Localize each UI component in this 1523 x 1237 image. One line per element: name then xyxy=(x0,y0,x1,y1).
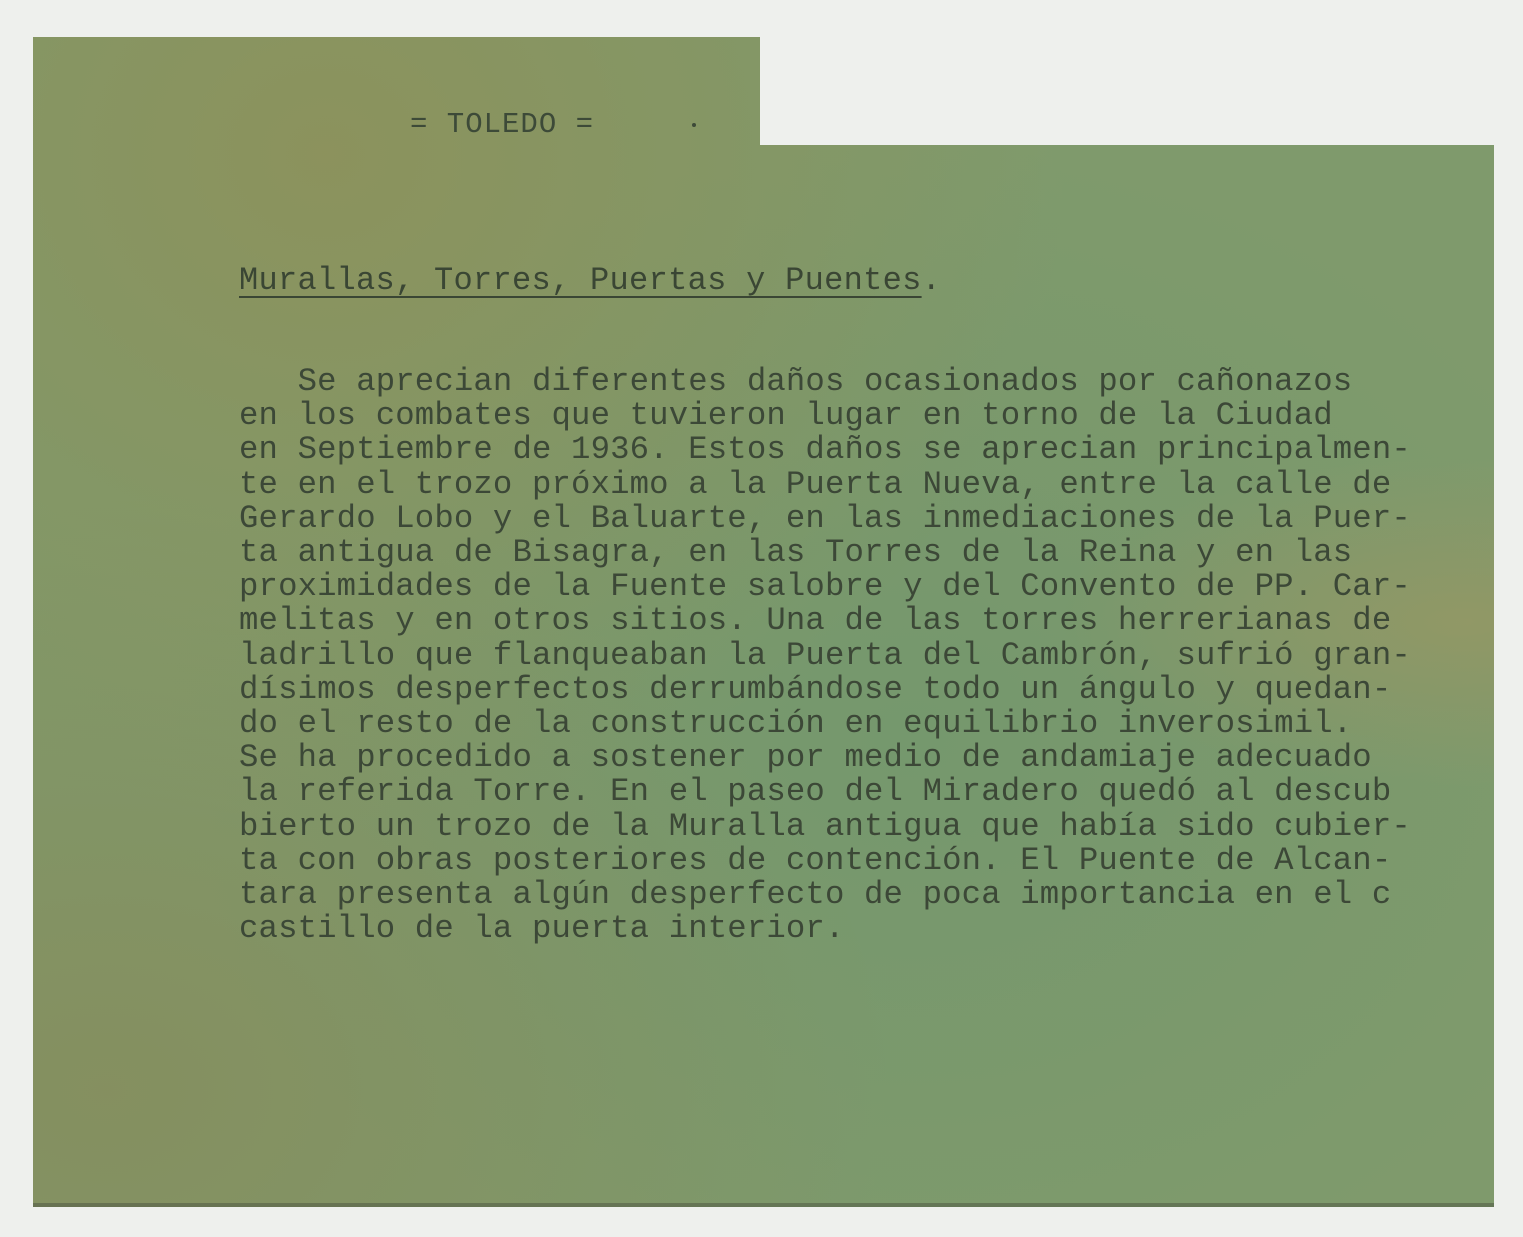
text-line: dísimos desperfectos derrumbándose todo … xyxy=(239,673,1489,707)
text-line: melitas y en otros sitios. Una de las to… xyxy=(239,604,1489,638)
stray-mark xyxy=(692,123,696,127)
text-line: Se ha procedido a sostener por medio de … xyxy=(239,741,1489,775)
card-edge-shadow xyxy=(33,1203,1494,1207)
text-line: en Septiembre de 1936. Estos daños se ap… xyxy=(239,433,1489,467)
section-title-punct: . xyxy=(922,262,942,299)
text-line: castillo de la puerta interior. xyxy=(239,912,1489,946)
section-title-text: Murallas, Torres, Puertas y Puentes xyxy=(239,262,922,299)
section-title: Murallas, Torres, Puertas y Puentes. xyxy=(239,262,941,299)
text-line: bierto un trozo de la Muralla antigua qu… xyxy=(239,810,1489,844)
text-line: te en el trozo próximo a la Puerta Nueva… xyxy=(239,468,1489,502)
text-line: Gerardo Lobo y el Baluarte, en las inmed… xyxy=(239,502,1489,536)
body-paragraph: Se aprecian diferentes daños ocasionados… xyxy=(239,365,1489,946)
text-line: ta con obras posteriores de contención. … xyxy=(239,844,1489,878)
text-line: la referida Torre. En el paseo del Mirad… xyxy=(239,775,1489,809)
text-line: ladrillo que flanqueaban la Puerta del C… xyxy=(239,639,1489,673)
text-line: Se aprecian diferentes daños ocasionados… xyxy=(239,365,1489,399)
text-line: en los combates que tuvieron lugar en to… xyxy=(239,399,1489,433)
text-line: ta antigua de Bisagra, en las Torres de … xyxy=(239,536,1489,570)
text-line: proximidades de la Fuente salobre y del … xyxy=(239,570,1489,604)
text-line: tara presenta algún desperfecto de poca … xyxy=(239,878,1489,912)
text-line: do el resto de la construcción en equili… xyxy=(239,707,1489,741)
document-header: = TOLEDO = xyxy=(410,108,594,141)
